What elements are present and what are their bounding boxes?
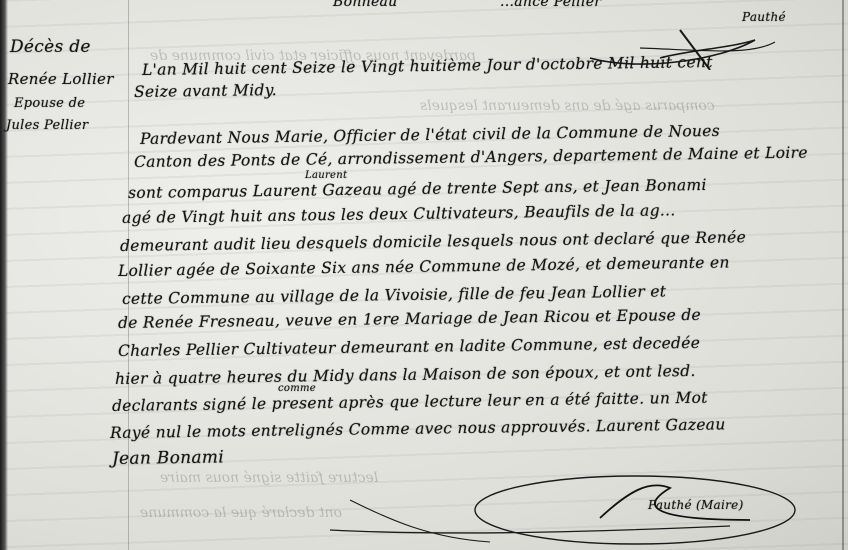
interlinear-insertion: comme [278, 383, 316, 394]
record-line: cette Commune au village de la Vivoisie,… [122, 282, 667, 308]
record-line: Rayé nul le mots entrelignés Comme avec … [110, 415, 726, 442]
margin-spouse-name: Jules Pellier [6, 118, 88, 133]
interlinear-insertion: Laurent [305, 170, 347, 181]
bleed-through-text: ont declaré que la commune [140, 505, 342, 521]
document-page: pardevant nous officier etat civil commu… [0, 0, 848, 550]
record-line: demeurant audit lieu desquels domicile l… [120, 228, 746, 255]
record-line: sont comparus Laurent Gazeau agé de tren… [128, 176, 707, 202]
record-line: de Renée Fresneau, veuve en 1ere Mariage… [118, 306, 701, 332]
record-line: declarants signé le present après que le… [112, 389, 708, 415]
margin-deceased-name: Renée Lollier [8, 70, 114, 88]
record-line: Seize avant Midy. [134, 81, 277, 101]
page-binding-edge [0, 0, 8, 550]
signature-jean-bonami: Jean Bonami [112, 447, 224, 469]
bleed-through-text: comparus agé de ans demeurant lesquels [420, 98, 715, 114]
record-line: hier à quatre heures du Midy dans la Mai… [115, 362, 696, 388]
header-fragment: Bonneau [333, 0, 398, 10]
record-line: Pardevant Nous Marie, Officier de l'état… [140, 122, 720, 148]
header-fragment: ...ance Pellier [500, 0, 601, 10]
margin-title: Décès de [10, 37, 91, 57]
record-line: Canton des Ponts de Cé, arrondissement d… [134, 144, 808, 171]
right-page-edge [842, 0, 844, 550]
mayor-signature: Pauthé (Maire) [648, 498, 744, 512]
record-line: Lollier agée de Soixante Six ans née Com… [118, 253, 730, 280]
record-line: Charles Pellier Cultivateur demeurant en… [118, 334, 700, 360]
mayor-signature-flourish [330, 470, 848, 550]
record-line: agé de Vingt huit ans tous les deux Cult… [122, 201, 676, 227]
margin-spouse-label: Epouse de [14, 96, 85, 111]
